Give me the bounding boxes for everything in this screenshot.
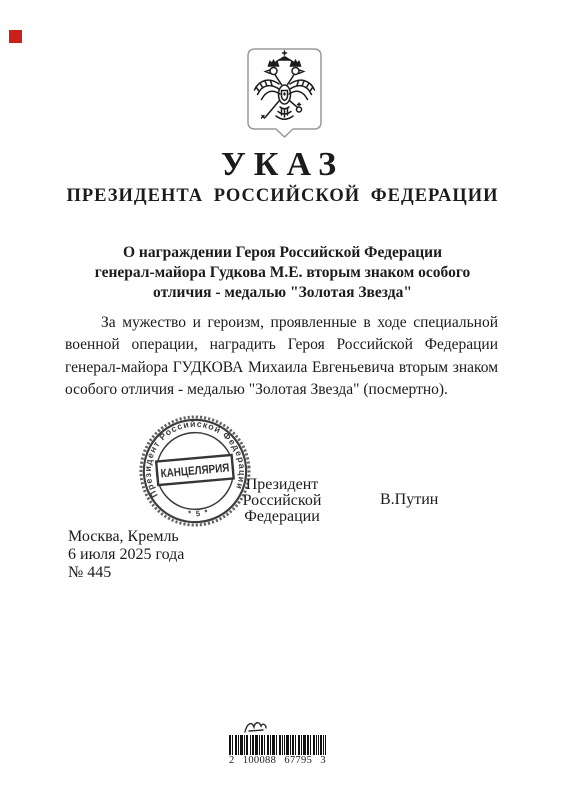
issuance-block: Москва, Кремль 6 июля 2025 года № 445 [68, 528, 184, 581]
body-line: особого отличия - медалью "Золотая Звезд… [65, 379, 498, 401]
issuance-date: 6 июля 2025 года [68, 546, 184, 564]
issuance-place: Москва, Кремль [68, 528, 184, 546]
barcode-digit-group: 100088 [243, 755, 276, 766]
chancellery-stamp: Президент Российской Федерации * 5 * КАН… [131, 407, 259, 535]
decree-body: За мужество и героизм, проявленные в ход… [65, 312, 498, 402]
decree-title: УКАЗ [0, 146, 565, 184]
decree-subtitle: ПРЕЗИДЕНТА РОССИЙСКОЙ ФЕДЕРАЦИИ [0, 186, 565, 207]
subject-line: О награждении Героя Российской Федерации [0, 243, 565, 263]
subject-line: генерал-майора Гудкова М.Е. вторым знако… [0, 263, 565, 283]
subject-line: отличия - медалью "Золотая Звезда" [0, 283, 565, 303]
barcode-digit-group: 67795 [284, 755, 312, 766]
signature-name: В.Путин [380, 492, 438, 508]
issuance-number: № 445 [68, 564, 184, 582]
barcode-digit-group: 2 [229, 755, 235, 766]
barcode-digits: 2 100088 67795 3 [229, 755, 326, 766]
body-line: За мужество и героизм, проявленные в ход… [65, 312, 498, 334]
body-line: военной операции, наградить Героя Россий… [65, 334, 498, 356]
barcode [229, 735, 326, 755]
red-corner-mark [9, 30, 22, 43]
decree-subject: О награждении Героя Российской Федерации… [0, 243, 565, 303]
paraph-mark-icon [243, 719, 269, 734]
russian-coat-of-arms-icon [247, 48, 322, 138]
barcode-digit-group: 3 [320, 755, 326, 766]
body-line: генерал-майора ГУДКОВА Михаила Евгеньеви… [65, 357, 498, 379]
